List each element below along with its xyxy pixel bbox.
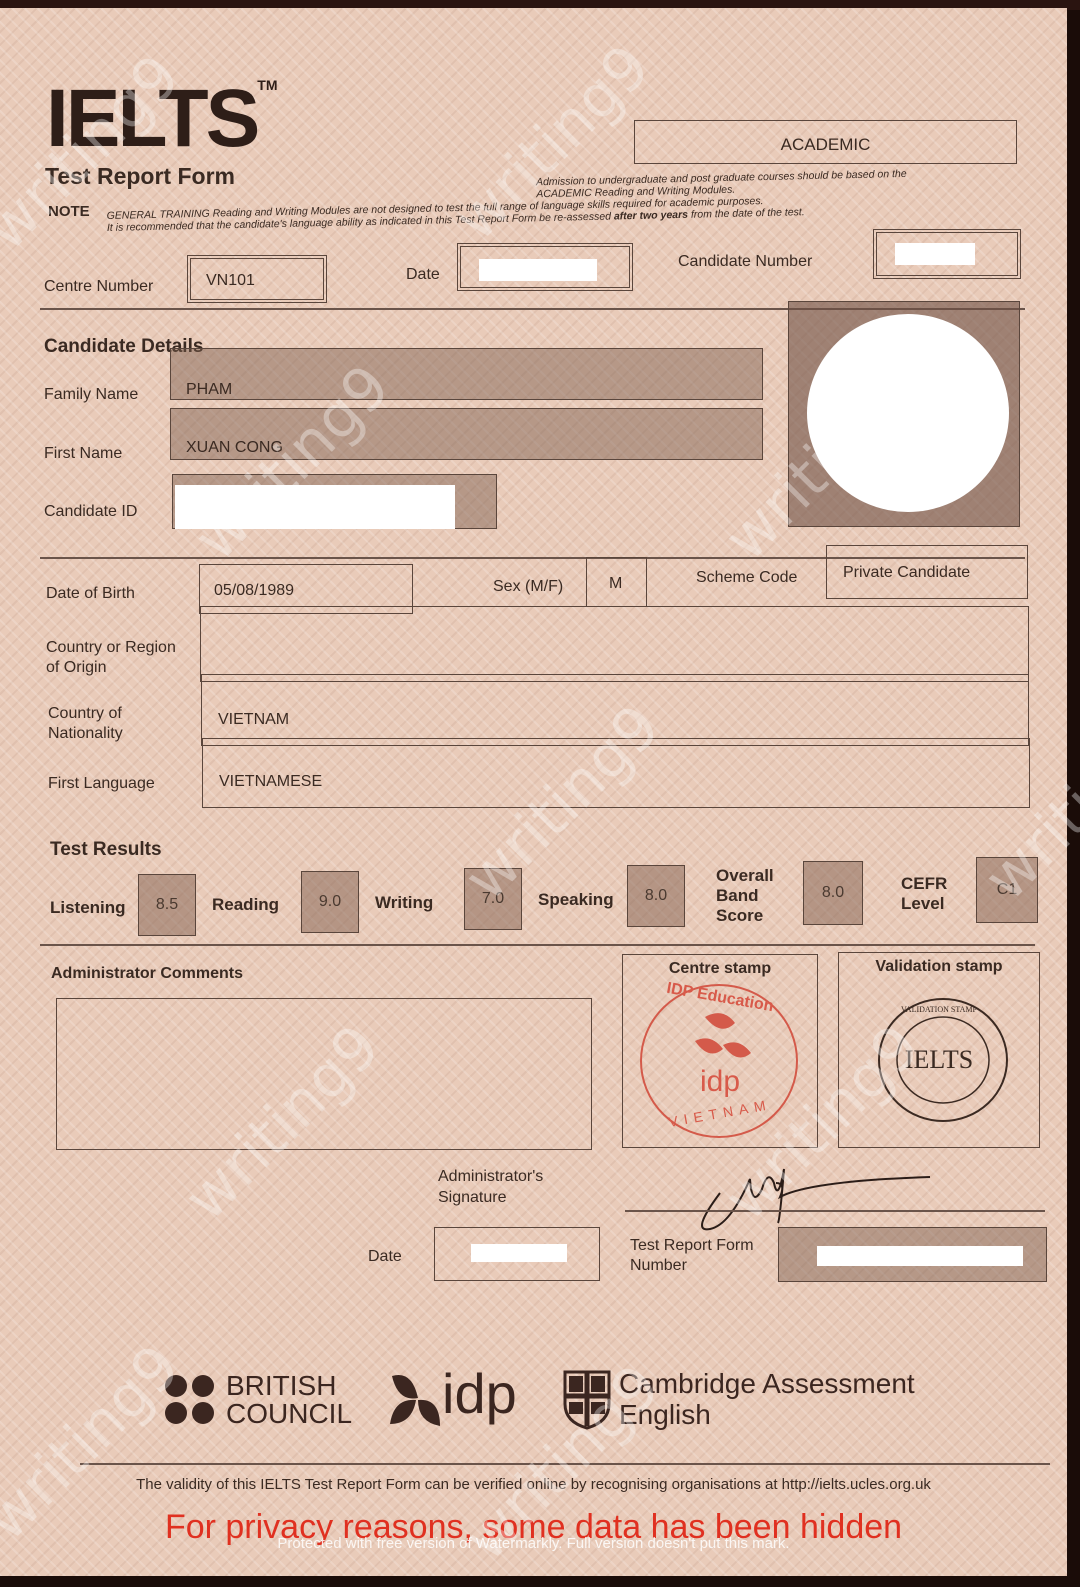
british-council-dots-icon bbox=[164, 1374, 220, 1426]
admin-signature bbox=[680, 1153, 960, 1233]
redacted-admin-date bbox=[471, 1244, 567, 1262]
overall-band-label: OverallBandScore bbox=[716, 866, 774, 926]
writing-label: Writing bbox=[375, 893, 433, 913]
redacted-photo bbox=[807, 314, 1009, 512]
first-language-label: First Language bbox=[48, 775, 155, 793]
admin-comments-box bbox=[56, 998, 592, 1150]
admin-comments-title: Administrator Comments bbox=[51, 965, 243, 983]
redacted-candidate-number bbox=[895, 243, 975, 265]
redacted-candidate-id bbox=[175, 485, 455, 529]
verification-note: The validity of this IELTS Test Report F… bbox=[0, 1476, 1067, 1493]
note-label: NOTE bbox=[48, 203, 90, 220]
reading-score: 9.0 bbox=[301, 871, 359, 933]
first-name-field: XUAN CONG bbox=[170, 408, 763, 460]
scheme-code-label: Scheme Code bbox=[696, 569, 797, 587]
listening-label: Listening bbox=[50, 898, 126, 918]
module-box: ACADEMIC bbox=[634, 120, 1017, 164]
admin-date-label: Date bbox=[368, 1248, 402, 1266]
redacted-trf-number bbox=[817, 1246, 1023, 1266]
centre-stamp-box: Centre stamp IDP Education idp VIETNAM bbox=[622, 954, 818, 1148]
sex-field: M bbox=[586, 557, 647, 607]
cefr-label: CEFRLevel bbox=[901, 874, 947, 914]
centre-number-field: VN101 bbox=[190, 258, 324, 300]
date-field bbox=[460, 246, 630, 288]
candidate-id-field bbox=[172, 474, 497, 529]
idp-leaf-icon bbox=[388, 1370, 444, 1430]
candidate-number-label: Candidate Number bbox=[678, 253, 812, 271]
module-value: ACADEMIC bbox=[635, 135, 1016, 155]
watermarkly-notice: Protected with free version of Watermark… bbox=[0, 1535, 1067, 1552]
nationality-label: Country ofNationality bbox=[48, 704, 123, 744]
test-results-title: Test Results bbox=[50, 839, 162, 861]
ielts-logo: IELTSTM bbox=[46, 78, 277, 160]
redacted-date bbox=[479, 259, 597, 281]
date-label: Date bbox=[406, 266, 440, 284]
candidate-number-field bbox=[876, 232, 1018, 276]
admin-signature-label: Administrator'sSignature bbox=[438, 1166, 543, 1208]
test-report-form: IELTSTM Test Report Form ACADEMIC NOTE A… bbox=[0, 8, 1067, 1576]
sex-label: Sex (M/F) bbox=[493, 578, 563, 596]
family-name-label: Family Name bbox=[44, 386, 138, 404]
trf-number-field bbox=[778, 1227, 1047, 1282]
dob-label: Date of Birth bbox=[46, 585, 135, 603]
candidate-id-label: Candidate ID bbox=[44, 503, 137, 521]
candidate-photo bbox=[788, 301, 1020, 527]
first-language-field: VIETNAMESE bbox=[202, 738, 1030, 808]
cefr-level: C1 bbox=[976, 857, 1038, 923]
origin-field bbox=[200, 606, 1029, 682]
speaking-label: Speaking bbox=[538, 890, 614, 910]
validation-ring-text: VALIDATION STAMP bbox=[839, 1005, 1039, 1014]
cambridge-shield-icon bbox=[563, 1370, 613, 1430]
admin-date-field bbox=[434, 1227, 600, 1281]
listening-score: 8.5 bbox=[138, 874, 196, 936]
speaking-score: 8.0 bbox=[627, 865, 685, 927]
overall-band-score: 8.0 bbox=[803, 861, 863, 925]
nationality-field: VIETNAM bbox=[201, 674, 1029, 746]
validation-stamp-box: Validation stamp IELTS VALIDATION STAMP bbox=[838, 952, 1040, 1148]
origin-label: Country or Regionof Origin bbox=[46, 638, 176, 678]
writing-score: 7.0 bbox=[464, 868, 522, 930]
reading-label: Reading bbox=[212, 895, 279, 915]
trf-number-label: Test Report FormNumber bbox=[630, 1236, 754, 1276]
family-name-field: PHAM bbox=[170, 348, 763, 400]
first-name-label: First Name bbox=[44, 445, 122, 463]
centre-number-label: Centre Number bbox=[44, 278, 153, 296]
scheme-code-field: Private Candidate bbox=[826, 545, 1028, 599]
validation-stamp-text: IELTS bbox=[839, 1045, 1039, 1075]
